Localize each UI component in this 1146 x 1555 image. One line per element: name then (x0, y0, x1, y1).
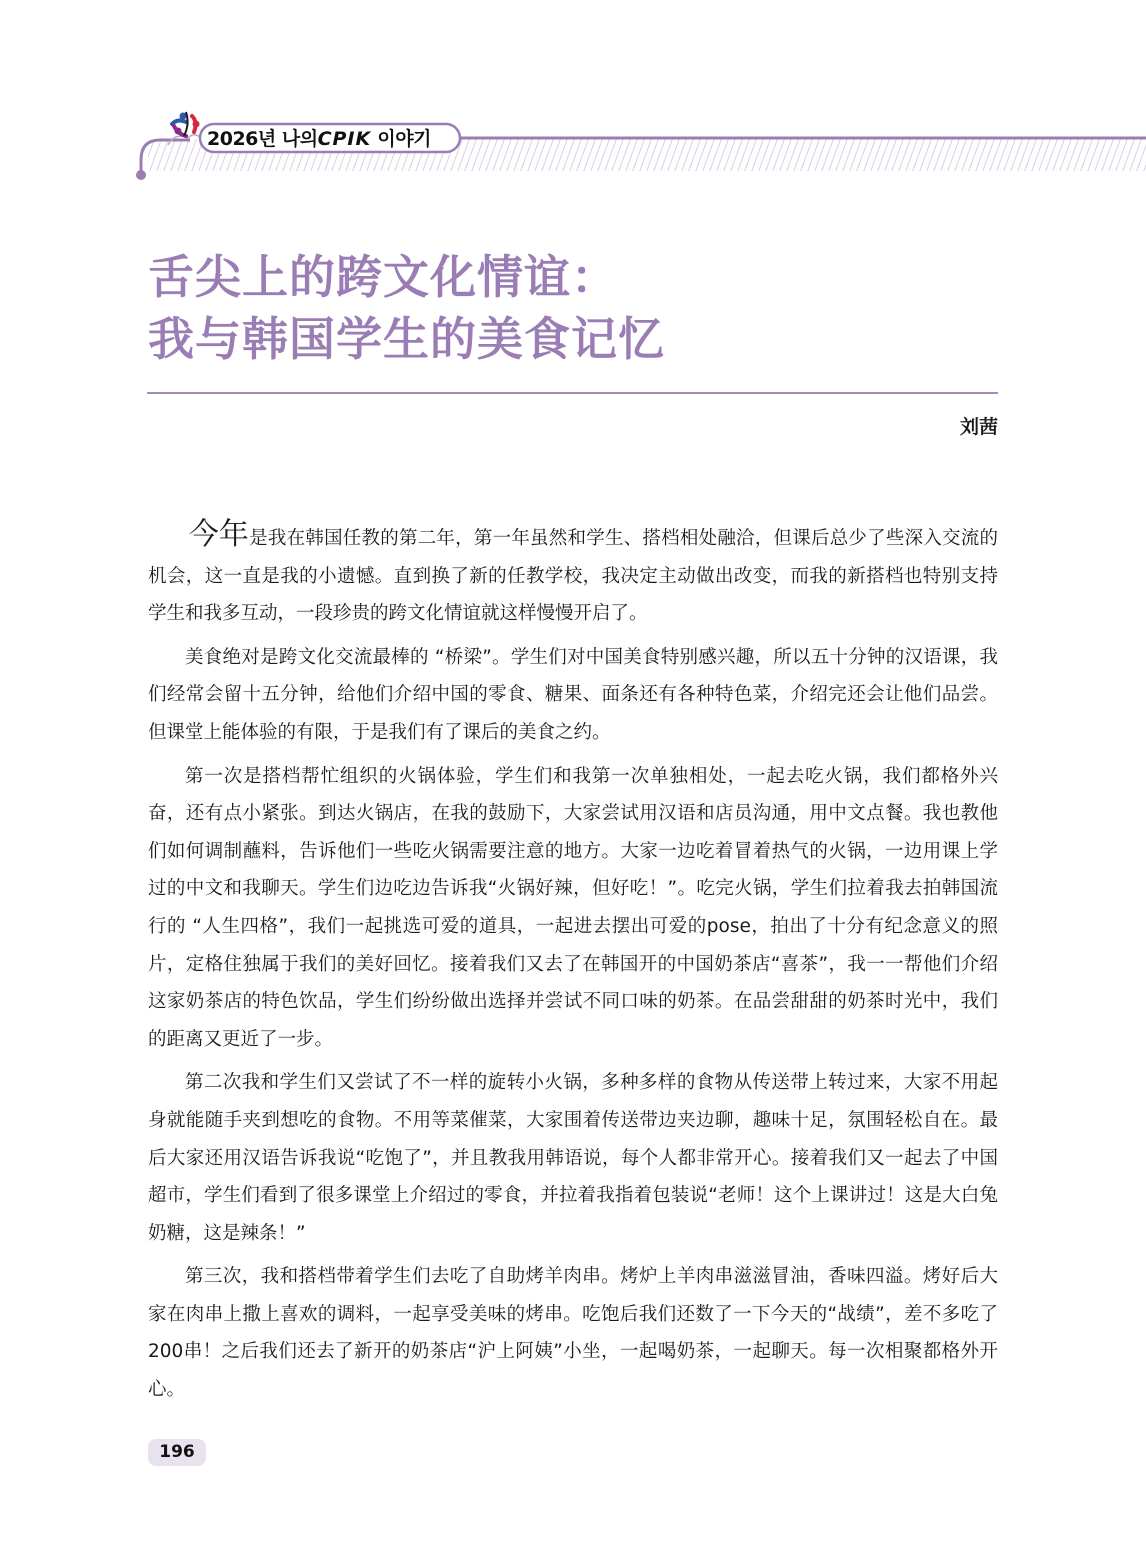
page-number-badge: 196 (148, 1439, 206, 1466)
people-circle-logo-icon (172, 112, 200, 136)
paragraph-3: 第一次是搭档帮忙组织的火锅体验，学生们和我第一次单独相处，一起去吃火锅，我们都格… (148, 758, 998, 1059)
dropcap-text: 今年 (189, 517, 249, 552)
paragraph-4: 第二次我和学生们又尝试了不一样的旋转小火锅，多种多样的食物从传送带上转过来，大家… (148, 1064, 998, 1252)
paragraph-1-text: 是我在韩国任教的第二年，第一年虽然和学生、搭档相处融洽，但课后总少了些深入交流的… (148, 528, 998, 624)
series-title-suffix: 이야기 (377, 128, 431, 150)
article-title-line-2: 我与韩国学生的美食记忆 (148, 308, 1008, 370)
series-title-prefix: 2026년 나의 (207, 128, 318, 150)
article-body: 今年是我在韩国任教的第二年，第一年虽然和学生、搭档相处融洽，但课后总少了些深入交… (148, 520, 998, 1415)
paragraph-1: 今年是我在韩国任教的第二年，第一年虽然和学生、搭档相处融洽，但课后总少了些深入交… (148, 520, 998, 633)
header-banner-graphic (0, 100, 1146, 190)
series-title: 2026년 나의CPIK 이야기 (207, 124, 431, 151)
title-divider (147, 392, 998, 394)
article-title-line-1: 舌尖上的跨文化情谊： (148, 246, 1008, 308)
article-title: 舌尖上的跨文化情谊： 我与韩国学生的美食记忆 (148, 246, 1008, 370)
series-brand: CPIK (318, 128, 372, 150)
series-header-banner: 2026년 나의CPIK 이야기 (0, 100, 1146, 190)
paragraph-5: 第三次，我和搭档带着学生们去吃了自助烤羊肉串。烤炉上羊肉串滋滋冒油，香味四溢。烤… (148, 1258, 998, 1408)
article-author: 刘茜 (960, 412, 998, 439)
paragraph-2: 美食绝对是跨文化交流最棒的 “桥梁”。学生们对中国美食特别感兴趣，所以五十分钟的… (148, 639, 998, 752)
